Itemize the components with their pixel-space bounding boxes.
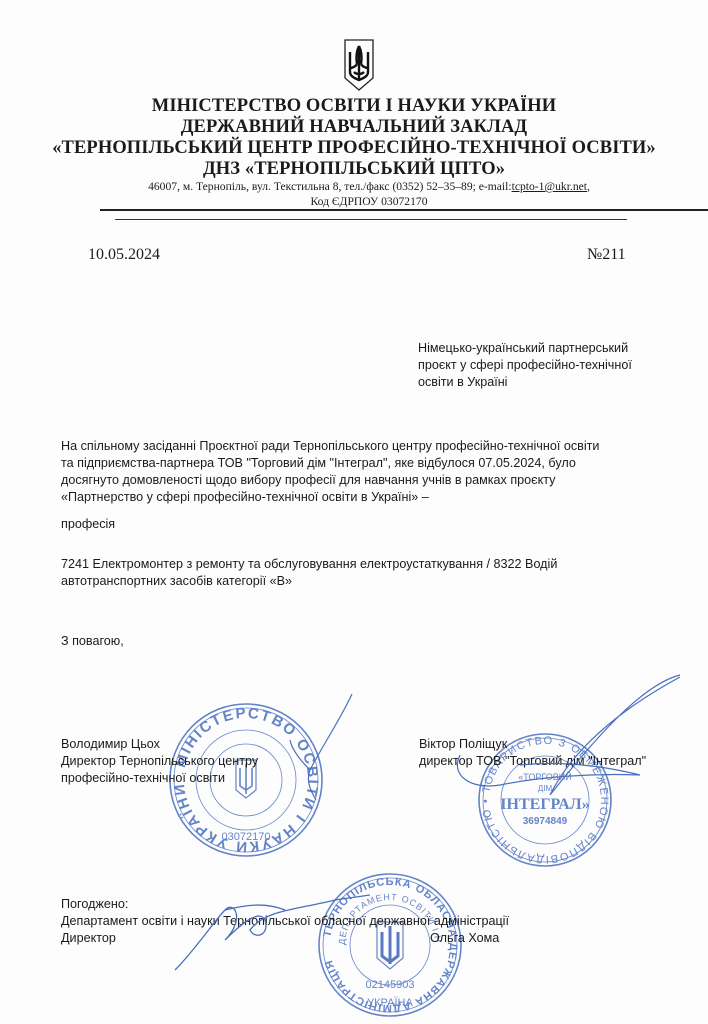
- signature-polishchuk-icon: [440, 665, 690, 825]
- paragraph-line: На спільному засіданні Проєктної ради Те…: [61, 438, 686, 455]
- header-divider-thin: [115, 219, 627, 220]
- institution-short-name-heading: ДНЗ «ТЕРНОПІЛЬСЬКИЙ ЦПТО»: [0, 159, 708, 180]
- closing-phrase: З повагою,: [61, 633, 124, 650]
- profession-label: професія: [61, 516, 115, 533]
- paragraph-line: та підприємства-партнера ТОВ "Торговий д…: [61, 455, 686, 472]
- addressee-block: Німецько-український партнерський проєкт…: [418, 340, 688, 391]
- address-text: 46007, м. Тернопіль, вул. Текстильна 8, …: [148, 180, 512, 193]
- svg-text:02145903: 02145903: [366, 979, 415, 991]
- coat-of-arms-icon: [342, 38, 376, 92]
- institution-name-heading: «ТЕРНОПІЛЬСЬКИЙ ЦЕНТР ПРОФЕСІЙНО-ТЕХНІЧН…: [0, 138, 708, 159]
- signature-khoma-icon: [165, 880, 375, 980]
- paragraph-line: «Партнерство у сфері професійно-технічно…: [61, 489, 686, 506]
- approver-position: Директор: [61, 931, 116, 945]
- stamp1-code: 03072170: [222, 831, 271, 843]
- ministry-heading: МІНІСТЕРСТВО ОСВІТИ І НАУКИ УКРАЇНИ: [0, 96, 708, 117]
- address-suffix: ,: [587, 180, 590, 193]
- profession-value: 7241 Електромонтер з ремонту та обслугов…: [61, 556, 681, 590]
- addressee-line: Німецько-український партнерський: [418, 340, 688, 357]
- paragraph-line: досягнуто домовленості щодо вибору профе…: [61, 472, 686, 489]
- profession-line: автотранспортних засобів категорії «В»: [61, 573, 681, 590]
- body-paragraph: На спільному засіданні Проєктної ради Те…: [61, 438, 686, 506]
- document-date: 10.05.2024: [88, 246, 160, 264]
- document-number: №211: [587, 246, 626, 264]
- email-link[interactable]: tcpto-1@ukr.net: [512, 180, 587, 193]
- svg-text:УКРАЇНА: УКРАЇНА: [367, 997, 413, 1009]
- approver-name: Ольга Хома: [430, 930, 499, 947]
- contact-address: 46007, м. Тернопіль, вул. Текстильна 8, …: [0, 180, 708, 193]
- signature-tsokh-icon: [240, 690, 360, 820]
- header-divider-thick: [100, 209, 708, 211]
- institution-type-heading: ДЕРЖАВНИЙ НАВЧАЛЬНИЙ ЗАКЛАД: [0, 117, 708, 138]
- profession-line: 7241 Електромонтер з ремонту та обслугов…: [61, 556, 681, 573]
- edrpou-code: Код ЄДРПОУ 03072170: [0, 195, 708, 208]
- addressee-line: проєкт у сфері професійно-технічної: [418, 357, 688, 374]
- addressee-line: освіти в Україні: [418, 374, 688, 391]
